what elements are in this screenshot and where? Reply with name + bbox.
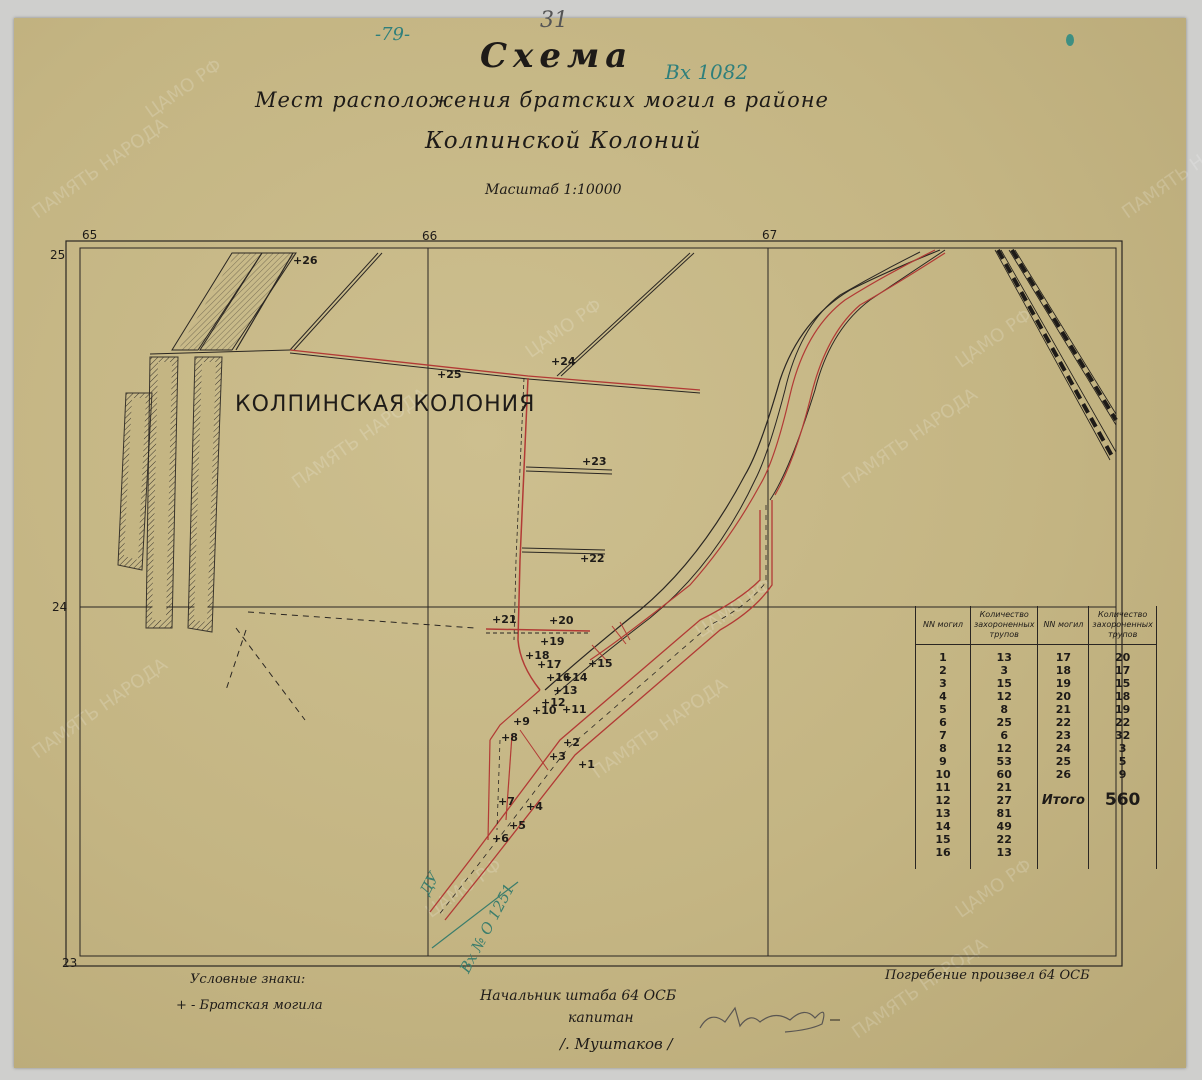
grave-marker-26[interactable]: +26 [293,254,318,267]
grave-marker-6[interactable]: +6 [492,832,509,845]
grave-marker-2[interactable]: +2 [563,736,580,749]
grave-marker-8[interactable]: +8 [501,731,518,744]
grid-y-label: 25 [50,248,65,262]
grid-y-label: 23 [62,956,77,970]
grid-x-label: 66 [422,229,437,243]
grave-marker-16[interactable]: +16 [546,671,571,684]
grave-marker-5[interactable]: +5 [509,819,526,832]
grave-marker-23[interactable]: +23 [582,455,607,468]
legend-item-mass-grave: + - Братская могила [176,998,323,1013]
table-header-count: Количество захороненных трупов [1089,606,1156,645]
table-row: 953255 [916,755,1157,768]
grave-marker-13[interactable]: +13 [553,684,578,697]
signature-line3: /. Муштаков / [560,1035,673,1053]
table-row: 1060269 [916,768,1157,781]
grave-marker-22[interactable]: +22 [580,552,605,565]
grave-marker-3[interactable]: +3 [549,750,566,763]
handwritten-signature [690,1000,850,1040]
table-row: 1522 [916,833,1157,846]
table-header-grave-number: NN могил [1038,606,1089,645]
table-row: 812243 [916,742,1157,755]
grave-marker-19[interactable]: +19 [540,635,565,648]
table-row: 6252222 [916,716,1157,729]
grave-marker-20[interactable]: +20 [549,614,574,627]
grave-marker-18[interactable]: +18 [525,649,550,662]
grave-marker-4[interactable]: +4 [526,800,543,813]
table-row: 4122018 [916,690,1157,703]
table-row: 1131720 [916,651,1157,664]
total-value: 560 [1089,794,1156,807]
table-header-grave-number: NN могил [916,606,971,645]
total-label: Итого [1038,794,1089,807]
table-row: 1449 [916,820,1157,833]
grave-marker-21[interactable]: +21 [492,613,517,626]
grave-marker-12[interactable]: +12 [541,696,566,709]
grid-x-label: 67 [762,228,777,242]
grave-marker-9[interactable]: +9 [513,715,530,728]
map-drawing [0,0,1202,1080]
table-row: 582119 [916,703,1157,716]
grave-marker-1[interactable]: +1 [578,758,595,771]
grave-marker-25[interactable]: +25 [437,368,462,381]
grave-marker-11[interactable]: +11 [562,703,587,716]
grid-x-label: 65 [82,228,97,242]
table-row: 762332 [916,729,1157,742]
burial-note: Погребение произвел 64 ОСБ [885,968,1090,983]
grave-marker-24[interactable]: +24 [551,355,576,368]
table-row: 231817 [916,664,1157,677]
grave-marker-15[interactable]: +15 [588,657,613,670]
place-label-kolpino-colony: КОЛПИНСКАЯ КОЛОНИЯ [235,392,535,417]
signature-line2: капитан [568,1010,634,1026]
table-row: 3151915 [916,677,1157,690]
signature-line1: Начальник штаба 64 ОСБ [480,988,676,1004]
legend-title: Условные знаки: [190,972,305,987]
grid-y-label: 24 [52,600,67,614]
table-header-count: Количество захороненных трупов [971,606,1038,645]
table-row: 1613 [916,846,1157,859]
grave-count-table: NN могил Количество захороненных трупов … [915,606,1157,869]
table-row-total: 1227Итого560 [916,794,1157,807]
grave-marker-7[interactable]: +7 [498,795,515,808]
